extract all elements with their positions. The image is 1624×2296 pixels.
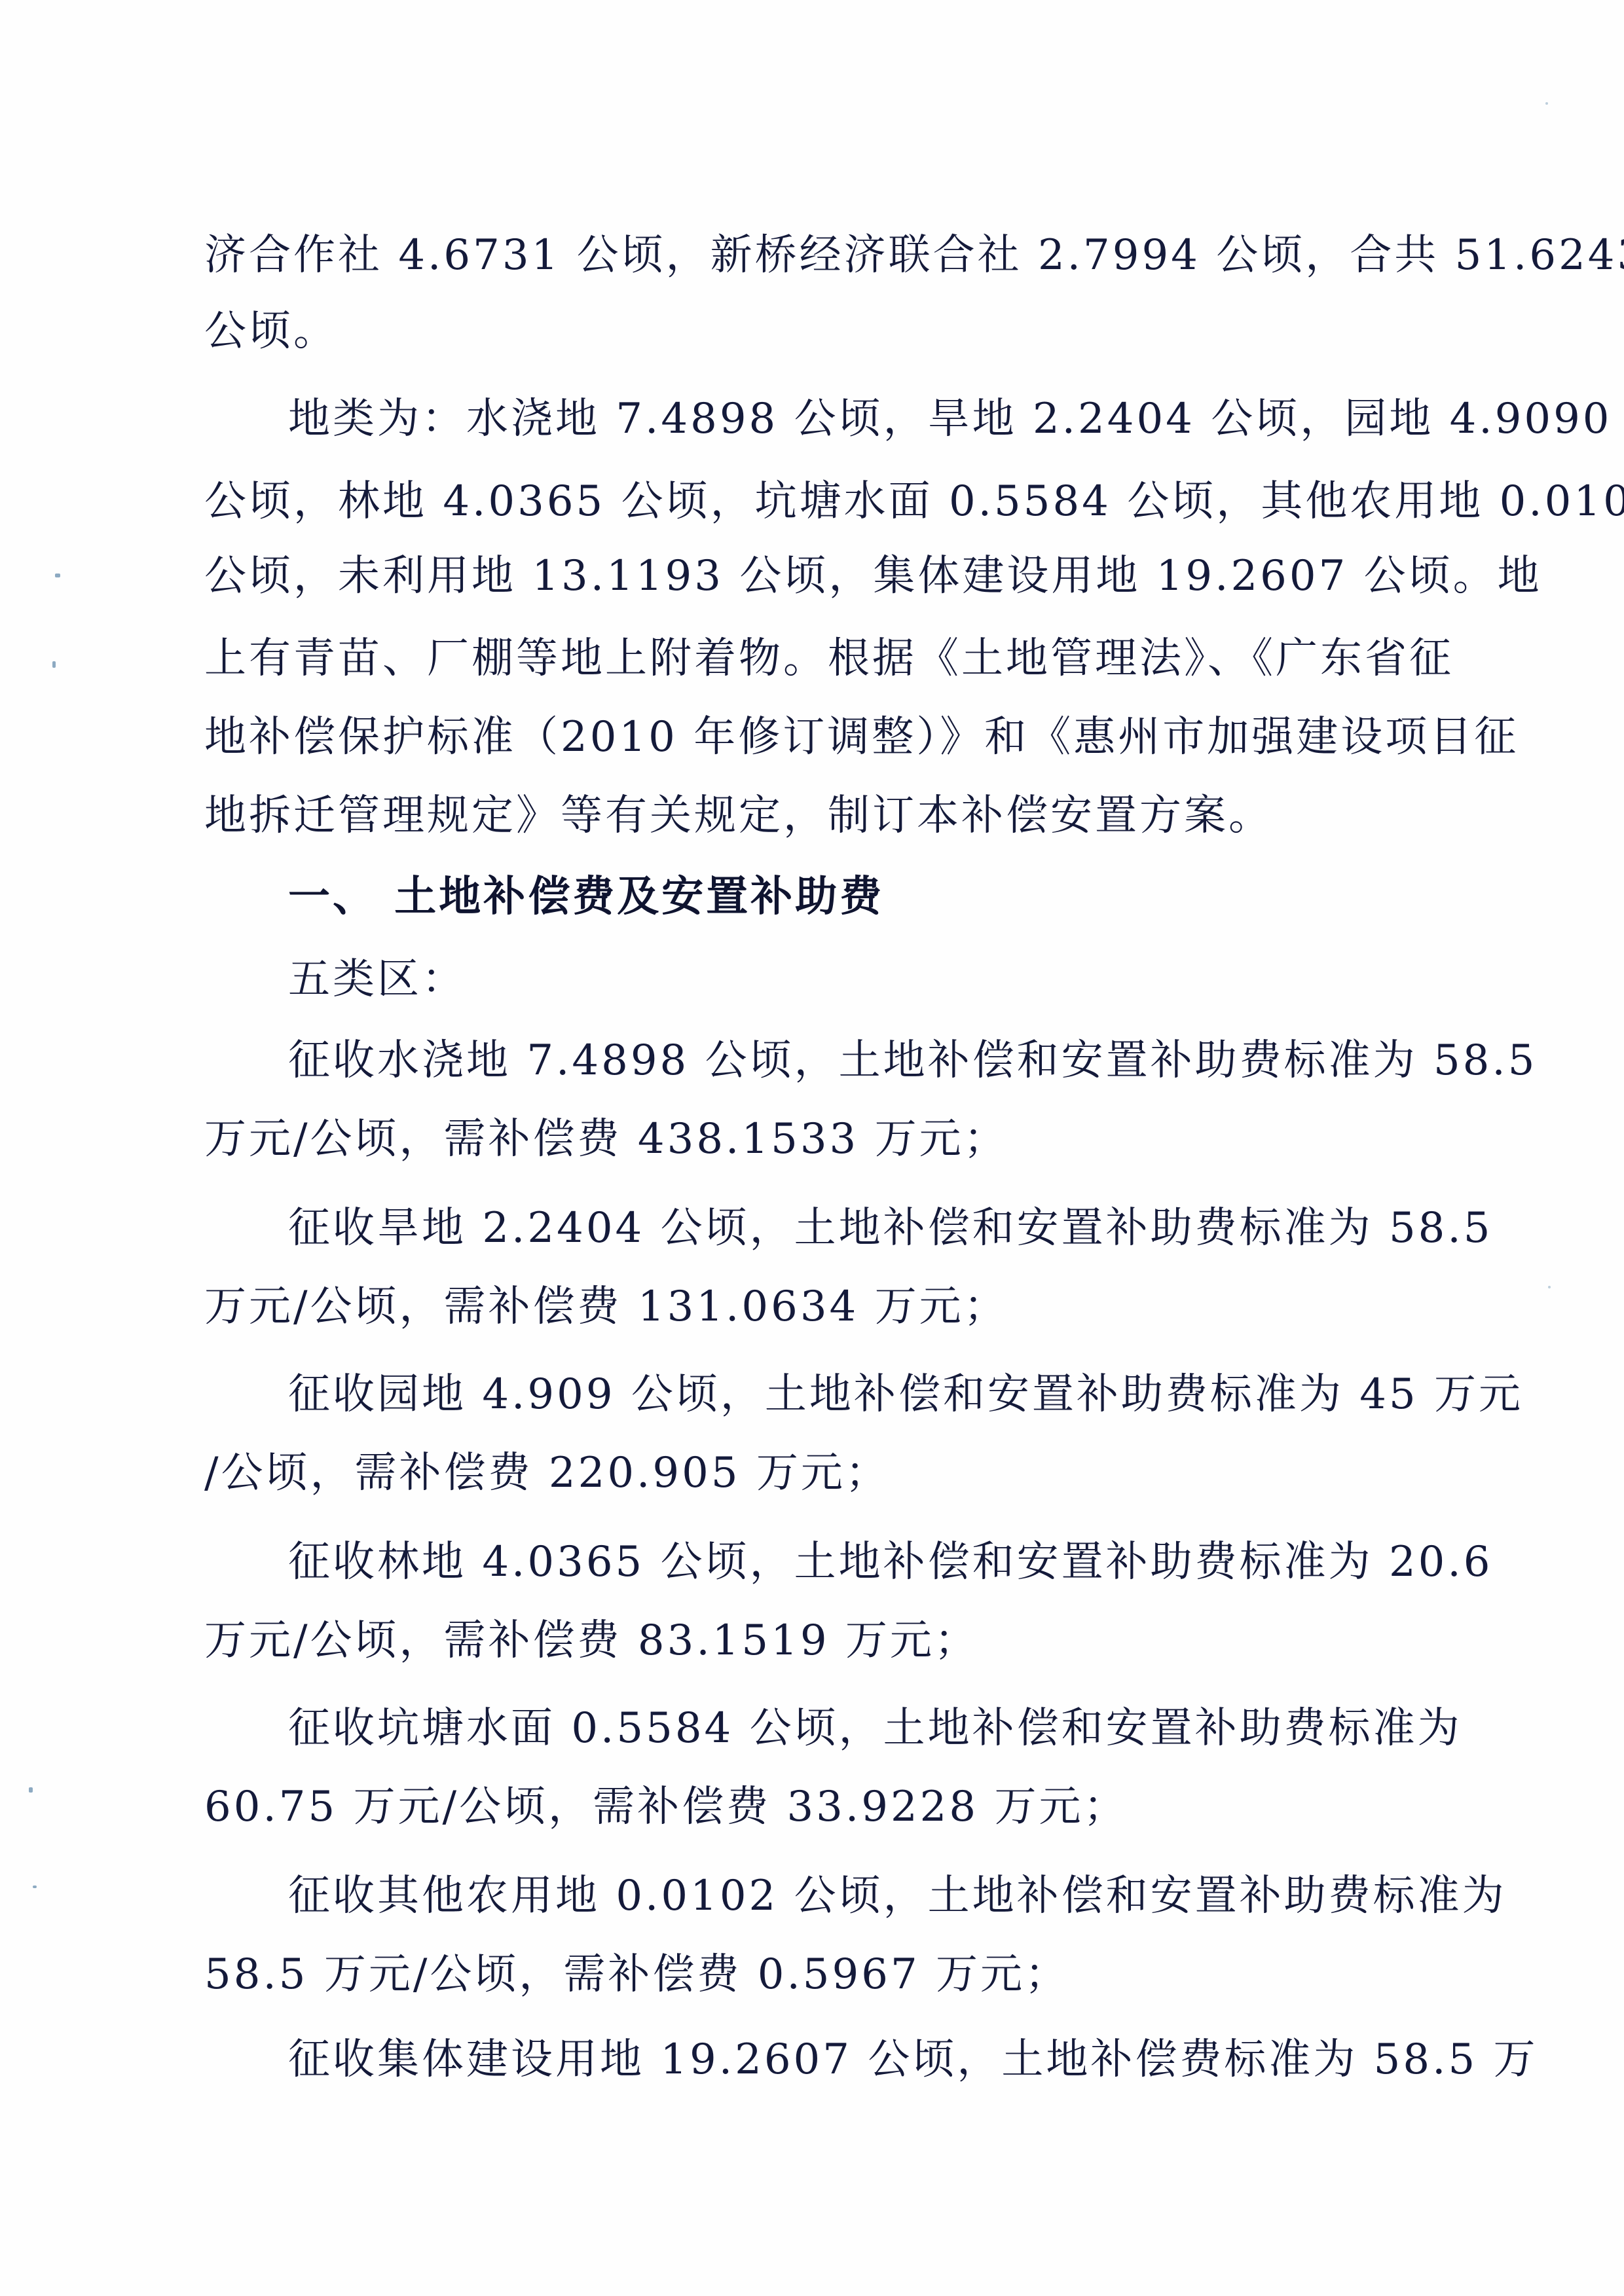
compensation-item-irrigated-line-1: 征收水浇地 7.4898 公顷，土地补偿和安置补助费标准为 58.5 (288, 1034, 1468, 1087)
compensation-item-collective-line-1: 征收集体建设用地 19.2607 公顷，土地补偿费标准为 58.5 万 (288, 2033, 1468, 2086)
compensation-item-garden-line-1: 征收园地 4.909 公顷，土地补偿和安置补助费标准为 45 万元 (288, 1368, 1468, 1421)
land-type-line-3: 公顷，未利用地 13.1193 公顷，集体建设用地 19.2607 公顷。地 (204, 550, 1468, 602)
compensation-item-forest-line-2: 万元/公顷，需补偿费 83.1519 万元； (204, 1614, 1468, 1667)
compensation-item-dryland-line-1: 征收旱地 2.2404 公顷，土地补偿和安置补助费标准为 58.5 (288, 1202, 1468, 1254)
scan-speck (52, 661, 56, 668)
paragraph-line-1: 济合作社 4.6731 公顷，新桥经济联合社 2.7994 公顷，合共 51.6… (204, 229, 1468, 282)
compensation-item-dryland-line-2: 万元/公顷，需补偿费 131.0634 万元； (204, 1281, 1468, 1333)
scan-speck (1545, 102, 1548, 105)
compensation-item-garden-line-2: /公顷，需补偿费 220.905 万元； (204, 1447, 1468, 1499)
scan-speck (29, 1787, 33, 1793)
scan-speck (33, 1886, 37, 1888)
land-type-line-2: 公顷，林地 4.0365 公顷，坑塘水面 0.5584 公顷，其他农用地 0.0… (204, 475, 1468, 528)
land-type-line-6: 地拆迁管理规定》等有关规定，制订本补偿安置方案。 (204, 790, 1468, 842)
compensation-item-irrigated-line-2: 万元/公顷，需补偿费 438.1533 万元； (204, 1113, 1468, 1165)
compensation-item-forest-line-1: 征收林地 4.0365 公顷，土地补偿和安置补助费标准为 20.6 (288, 1536, 1468, 1588)
section-heading: 一、 土地补偿费及安置补助费 (288, 871, 884, 923)
compensation-item-other-agri-line-1: 征收其他农用地 0.0102 公顷，土地补偿和安置补助费标准为 (288, 1870, 1468, 1922)
compensation-item-pond-line-2: 60.75 万元/公顷，需补偿费 33.9228 万元； (204, 1781, 1468, 1833)
land-type-line-5: 地补偿保护标准（2010 年修订调整）》和《惠州市加强建设项目征 (204, 711, 1468, 763)
scan-speck (1548, 1286, 1551, 1288)
scan-speck (55, 574, 60, 577)
paragraph-line-2: 公顷。 (204, 305, 1468, 357)
compensation-item-other-agri-line-2: 58.5 万元/公顷，需补偿费 0.5967 万元； (204, 1948, 1468, 2001)
land-type-line-1: 地类为：水浇地 7.4898 公顷，旱地 2.2404 公顷，园地 4.9090 (288, 393, 1468, 445)
compensation-item-pond-line-1: 征收坑塘水面 0.5584 公顷，土地补偿和安置补助费标准为 (288, 1702, 1468, 1755)
document-page: 济合作社 4.6731 公顷，新桥经济联合社 2.7994 公顷，合共 51.6… (0, 0, 1624, 2296)
zone-label: 五类区： (288, 953, 1468, 1006)
land-type-line-4: 上有青苗、厂棚等地上附着物。根据《土地管理法》、《广东省征 (204, 632, 1468, 685)
